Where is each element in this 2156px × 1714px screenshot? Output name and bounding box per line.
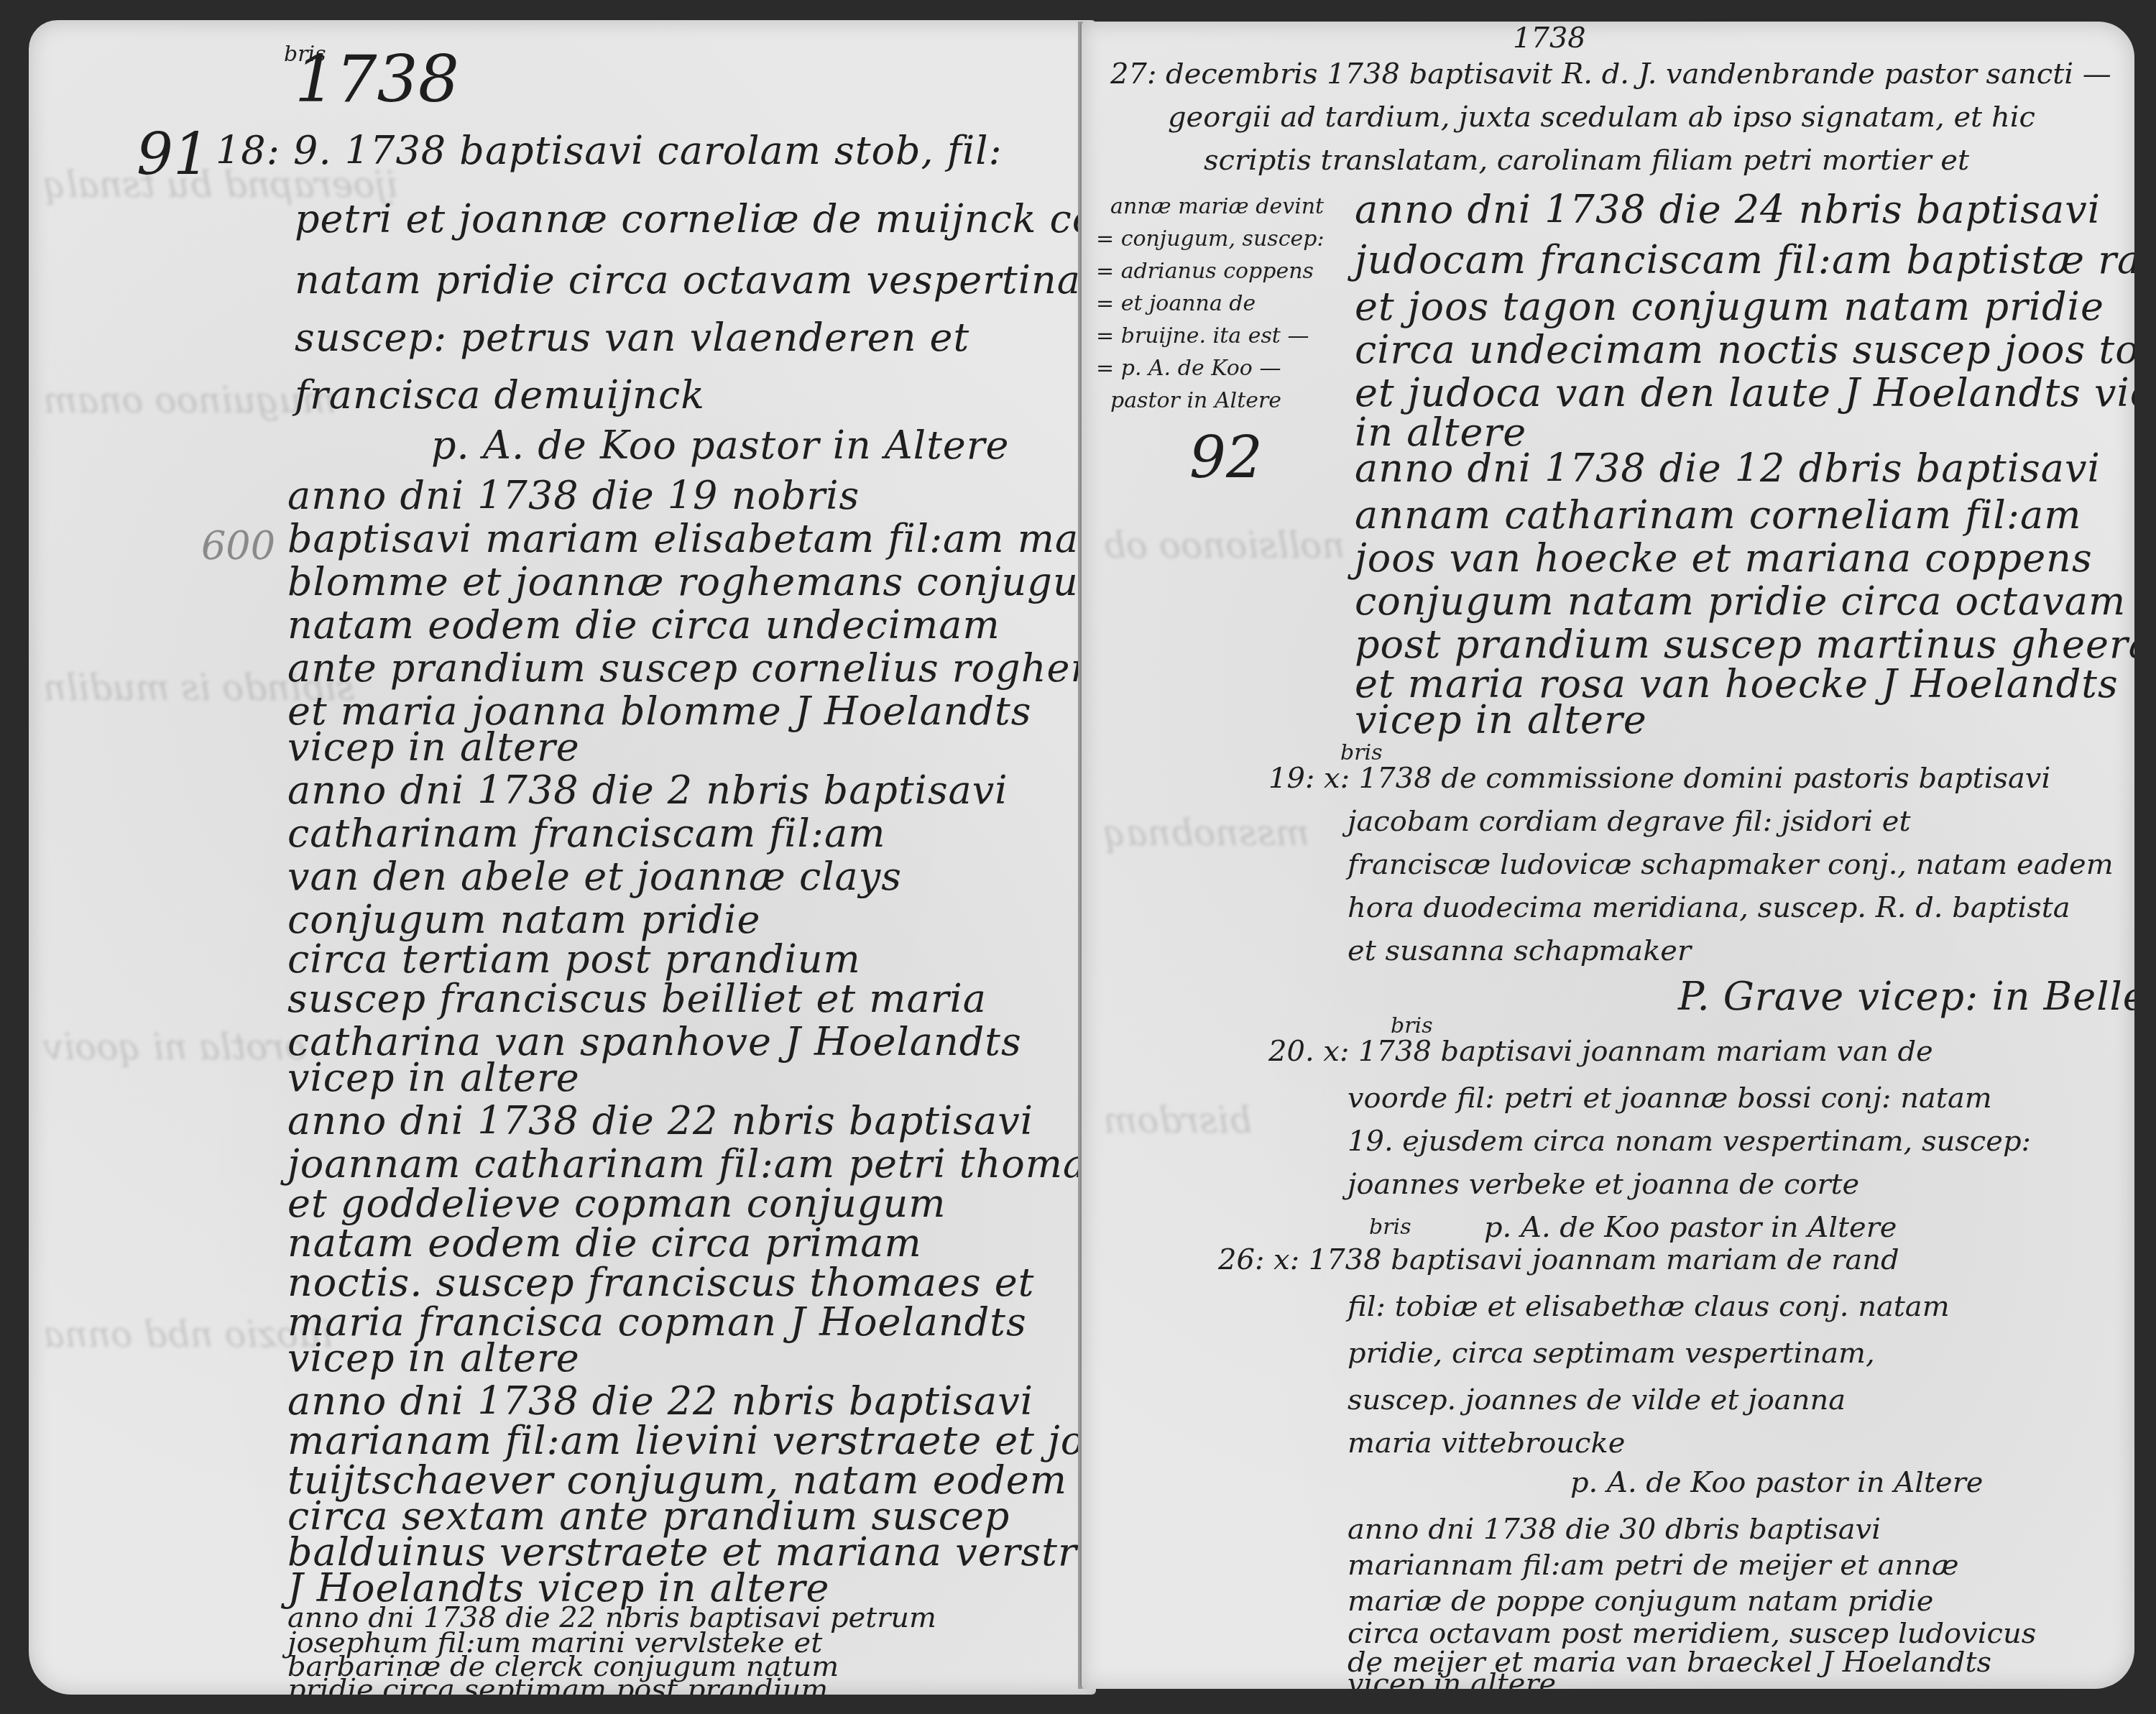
entry-line: suscep: petrus van vlaenderen et [295,315,969,360]
entry-line: natam pridie circa octavam vespertinam [295,257,1096,303]
entry-line: circa tertiam post prandium [287,936,861,982]
entry-line: vicep in altere [287,1335,580,1381]
entry-line: 19: x: 1738 de commissione domini pastor… [1268,762,2050,795]
entry-line: joannes verbeke et joanna de corte [1347,1168,1859,1201]
signature: p. A. de Koo pastor in Altere [1484,1211,1897,1244]
bleed-through-text: orotla ni qooiv [43,1026,306,1068]
entry-line: mariæ de poppe conjugum natam pridie [1347,1585,1933,1618]
entry-line: 20. x: 1738 baptisavi joannam mariam van… [1268,1035,1933,1068]
bleed-through-text: mssnobnaq [1103,812,1309,854]
entry-line: 27: decembris 1738 baptisavit R. d. J. v… [1110,57,2111,91]
entry-line: ante prandium suscep cornelius roghemans [287,645,1096,691]
margin-note: = bruijne. ita est — [1096,323,1309,349]
entry-line: georgii ad tardium, juxta scedulam ab ip… [1168,101,2035,134]
entry-line: blomme et joannæ roghemans conjugum [287,559,1096,604]
entry-line: anno dni 1738 die 19 nobris [287,473,860,518]
entry-line: 18: 9. 1738 baptisavi carolam stob, fil: [216,128,1003,173]
entry-line: anno dni 1738 die 30 dbris baptisavi [1347,1513,1881,1546]
margin-note: = et joanna de [1096,291,1256,316]
entry-line: anno dni 1738 die 22 nbris baptisavi [287,1378,1033,1424]
signature: p. A. de Koo pastor in Altere [1570,1466,1984,1499]
entry-line: vicep in altere [1347,1667,1556,1689]
entry-line: suscep franciscus beilliet et maria [287,976,987,1021]
entry-line: vicep in altere [1355,697,1647,742]
entry-line: mariannam fil:am petri de meijer et annæ [1347,1549,1959,1582]
superscript: bris [284,42,326,67]
right-page: nollsionoo ob mssnobnaq bisrdom 1738 27:… [1080,22,2134,1689]
entry-line: natam eodem die circa undecimam [287,602,1000,648]
entry-line: maria vittebroucke [1347,1427,1625,1460]
entry-number: 92 [1189,424,1263,491]
entry-line: pridie circa septimam post prandium [287,1673,828,1695]
entry-line: vicep in altere [287,724,580,770]
entry-line: 19. ejusdem circa nonam vespertinam, sus… [1347,1125,2031,1158]
entry-line: et judoca van den laute J Hoelandts vice… [1355,370,2134,415]
entry-line: 26: x: 1738 baptisavi joannam mariam de … [1218,1243,1899,1276]
entry-line: joannam catharinam fil:am petri thomaes [287,1141,1096,1187]
entry-line: conjugum natam pridie circa octavam [1355,579,2126,624]
year-header: 1738 [1513,22,1586,55]
entry-line: noctis. suscep franciscus thomaes et [287,1260,1034,1305]
entry-line: natam eodem die circa primam [287,1220,922,1266]
pencil-note: 600 [201,523,275,568]
margin-note: pastor in Altere [1110,388,1281,413]
margin-note: = p. A. de Koo — [1096,356,1281,381]
entry-line: conjugum natam pridie [287,897,760,942]
bleed-through-text: nollsionoo ob [1103,525,1345,566]
entry-line: petri et joannæ corneliæ de muijnck conj [295,196,1096,241]
entry-line: voorde fil: petri et joannæ bossi conj: … [1347,1082,1992,1115]
margin-note: = conjugum, suscep: [1096,226,1325,252]
signature: p. A. de Koo pastor in Altere [431,423,1010,468]
left-page: ijoerapnd bu tsnalq muguinoo onam sibind… [29,20,1096,1695]
entry-line: hora duodecima meridiana, suscep. R. d. … [1347,891,2070,924]
entry-line: et joos tagon conjugum natam pridie [1355,284,2104,329]
entry-line: judocam franciscam fil:am baptistæ raes [1355,237,2134,282]
bleed-through-text: bisrdom [1103,1100,1252,1141]
entry-number: 91 [137,121,210,188]
signature: P. Grave vicep: in Bellem [1678,974,2134,1019]
entry-line: fil: tobiæ et elisabethæ claus conj. nat… [1347,1290,1950,1323]
margin-note: annæ mariæ devint [1110,194,1324,219]
entry-line: anno dni 1738 die 24 nbris baptisavi [1355,187,2101,232]
entry-line: vicep in altere [287,1055,580,1100]
entry-line: catharinam franciscam fil:am [287,811,885,856]
margin-note: = adrianus coppens [1096,259,1314,284]
entry-line: jacobam cordiam degrave fil: jsidori et [1347,805,1911,838]
entry-line: et susanna schapmaker [1347,934,1691,967]
entry-line: post prandium suscep martinus gheeraert [1355,622,2134,667]
entry-line: circa undecimam noctis suscep joos tordt [1355,327,2134,372]
entry-line: annam catharinam corneliam fil:am [1355,492,2081,538]
entry-line: franciscæ ludovicæ schapmaker conj., nat… [1347,848,2114,881]
bleed-through-text: muguinoo onam [43,379,336,421]
entry-line: anno dni 1738 die 22 nbris baptisavi [287,1098,1033,1143]
entry-line: van den abele et joannæ clays [287,854,902,899]
entry-line: francisca demuijnck [295,372,705,418]
entry-line: anno dni 1738 die 2 nbris baptisavi [287,768,1008,813]
entry-line: joos van hoecke et mariana coppens [1355,535,2093,581]
entry-line: baptisavi mariam elisabetam fil:am marti… [287,516,1096,561]
superscript: bris [1369,1215,1411,1240]
entry-line: scriptis translatam, carolinam filiam pe… [1204,144,1969,177]
entry-line: marianam fil:am lievini verstraete et jo… [287,1418,1096,1463]
entry-line: suscep. joannes de vilde et joanna [1347,1383,1846,1416]
entry-line: pridie, circa septimam vespertinam, [1347,1337,1875,1370]
entry-line: anno dni 1738 die 12 dbris baptisavi [1355,446,2101,491]
entry-line: et goddelieve copman conjugum [287,1181,946,1226]
